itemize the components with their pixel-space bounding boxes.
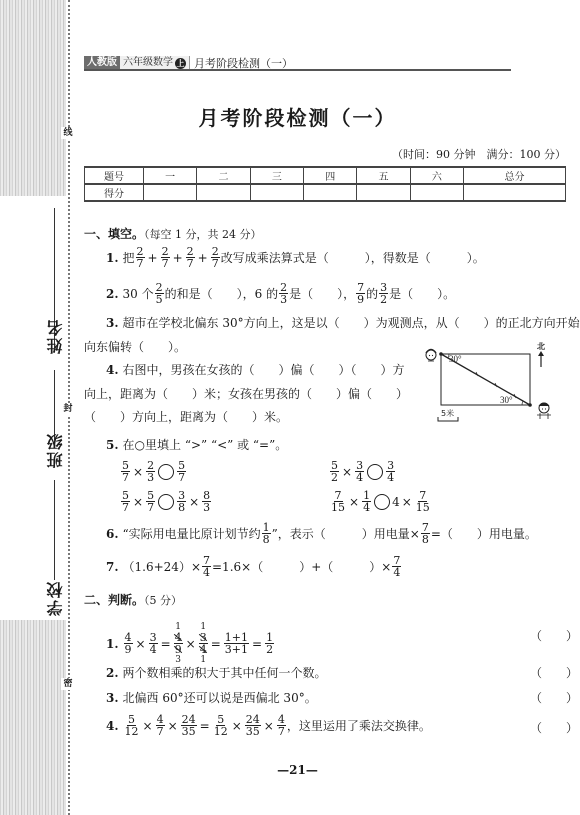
question-1-1: 1. 把 27 + 27 + 27 + 27 改写成乘法算式是（ ），得数是（ …: [106, 246, 485, 269]
score-table: 题号 一 二 三 四 五 六 总分 得分: [84, 166, 566, 202]
compare-circle[interactable]: [158, 494, 174, 510]
term-badge-icon: 上: [175, 58, 186, 69]
table-header-cell: 总分: [464, 167, 566, 184]
judge-question-1: 1. 49 × 34 = 1 49 3 × 1 34 1 = 1+13+1 = …: [106, 622, 275, 665]
compare-circle[interactable]: [374, 494, 390, 510]
question-number: 3.: [106, 691, 119, 705]
question-1-4: 4. 右图中，男孩在女孩的（ ）偏（ ）（ ）方: [106, 361, 405, 378]
class-label: 班级: [44, 432, 64, 468]
cancelled-fraction: 1 49 3: [173, 622, 184, 665]
score-table-score-row: 得分: [85, 184, 566, 201]
publisher-badge: 人教版: [84, 56, 120, 70]
section-1-title: 一、填空。: [84, 227, 144, 241]
svg-text:北: 北: [537, 341, 545, 351]
question-text: 两个数相乘的积大于其中任何一个数。: [123, 664, 327, 681]
fraction: 27: [136, 246, 145, 269]
fraction: 27: [161, 246, 170, 269]
question-number: 2.: [106, 287, 119, 301]
score-cell[interactable]: [197, 184, 250, 201]
grade-subject-text: 六年级数学: [123, 56, 173, 70]
question-1-3: 3. 超市在学校北偏东 30°方向上，这是以（ ）为观测点，从（ ）的正北方向开…: [106, 314, 580, 331]
school-label: 学校: [44, 580, 64, 616]
judge-answer-box-2[interactable]: （ ）: [530, 664, 578, 681]
question-1-5: 5. 在○里填上 “>” “<” 或 “=”。: [106, 436, 287, 453]
judge-question-3: 3. 北偏西 60°还可以说是西偏北 30°。: [106, 689, 317, 706]
question-text: “实际用电量比原计划节约: [123, 525, 261, 542]
question-text: （1.6+24）×: [123, 558, 201, 575]
question-number: 1.: [106, 251, 119, 265]
judge-question-2: 2. 两个数相乘的积大于其中任何一个数。: [106, 664, 327, 681]
compare-item-2: 52 × 34 34: [329, 460, 396, 483]
name-label: 姓名: [44, 318, 64, 354]
question-text: 超市在学校北偏东 30°方向上，这是以（ ）为观测点，从（ ）的正北方向开始，: [123, 314, 580, 331]
question-text: 右图中，男孩在女孩的（ ）偏（ ）（ ）方: [123, 361, 405, 378]
question-number: 4.: [106, 363, 119, 377]
question-text: =（ ）用电量。: [431, 525, 537, 542]
question-1-4-cont2: （ ）方向上，距离为（ ）米。: [84, 408, 288, 425]
girl-icon: [426, 350, 436, 362]
binding-stripe-top: [0, 0, 66, 196]
fraction: 25: [155, 282, 164, 305]
question-text: 把: [123, 249, 135, 266]
page-number: —21—: [84, 763, 511, 777]
score-cell[interactable]: [144, 184, 197, 201]
plus-sign: +: [173, 251, 183, 265]
table-header-cell: 五: [357, 167, 410, 184]
judge-answer-box-1[interactable]: （ ）: [530, 627, 578, 644]
boy-icon: [537, 403, 551, 419]
question-text: 是（ ），: [289, 285, 355, 302]
north-arrow-icon: [538, 351, 544, 367]
fraction: 79: [356, 282, 365, 305]
question-1-2: 2. 30 个 25 的和是（ ），6 的 23 是（ ）， 79 的 32 是…: [106, 282, 455, 305]
score-row-label: 得分: [85, 184, 144, 201]
grade-subject: 六年级数学 上: [120, 56, 190, 70]
question-1-4-cont: 向上，距离为（ ）米；女孩在男孩的（ ）偏（ ）: [84, 385, 408, 402]
question-text: ”，表示（ ）用电量×: [272, 525, 420, 542]
compare-circle[interactable]: [158, 464, 174, 480]
question-text: ，这里运用了乘法交换律。: [287, 717, 431, 734]
score-cell[interactable]: [357, 184, 410, 201]
binding-stripe-bottom: [0, 620, 66, 815]
fraction: 23: [279, 282, 288, 305]
question-text: 改写成乘法算式是（: [221, 249, 329, 266]
compare-item-4: 715 × 14 4 × 715: [329, 490, 432, 513]
judge-question-4: 4. 512 × 47 × 2435 = 512 × 2435 × 47 ，这里…: [106, 714, 431, 737]
question-number: 6.: [106, 527, 119, 541]
question-text: ），得数是（: [365, 249, 431, 266]
table-header-cell: 二: [197, 167, 250, 184]
question-number: 3.: [106, 316, 119, 330]
question-text: 的和是（ ），6 的: [165, 285, 278, 302]
table-header-cell: 一: [144, 167, 197, 184]
binding-mark-line: 线: [61, 127, 75, 139]
fraction: 27: [211, 246, 220, 269]
svg-text:30°: 30°: [449, 354, 462, 364]
table-header-cell: 四: [304, 167, 357, 184]
score-cell[interactable]: [304, 184, 357, 201]
score-table-header-row: 题号 一 二 三 四 五 六 总分: [85, 167, 566, 184]
binding-mark-seal: 封: [61, 403, 75, 415]
section-2-title: 二、判断。: [84, 593, 144, 607]
question-text: 在○里填上 “>” “<” 或 “=”。: [123, 436, 288, 453]
judge-answer-box-3[interactable]: （ ）: [530, 689, 578, 706]
class-field-line-upper[interactable]: [54, 370, 55, 440]
plus-sign: +: [198, 251, 208, 265]
school-field-line[interactable]: [54, 480, 55, 580]
svg-text:5米: 5米: [441, 408, 454, 418]
question-1-6: 6. “实际用电量比原计划节约 18 ”，表示（ ）用电量× 78 =（ ）用电…: [106, 522, 537, 545]
compare-circle[interactable]: [367, 464, 383, 480]
judge-answer-box-4[interactable]: （ ）: [530, 719, 578, 736]
compare-item-1: 57 × 23 57: [120, 460, 187, 483]
direction-diagram: 北 30° 30° 5米: [420, 335, 580, 430]
score-cell[interactable]: [410, 184, 463, 201]
table-header-cell: 六: [410, 167, 463, 184]
time-and-score-info: （时间：90 分钟 满分：100 分）: [392, 146, 566, 162]
question-number: 1.: [106, 637, 119, 651]
question-number: 5.: [106, 438, 119, 452]
section-1-note: （每空 1 分，共 24 分）: [144, 228, 261, 241]
fraction: 32: [379, 282, 388, 305]
question-text: （ ）方向上，距离为（ ）米。: [84, 408, 288, 425]
page-title: 月考阶段检测（一）: [84, 102, 511, 131]
rectangle-diagram-svg: 北 30° 30° 5米: [420, 335, 580, 430]
question-1-3-cont: 向东偏转（ ）。: [84, 338, 186, 355]
question-text: 向东偏转（ ）。: [84, 338, 186, 355]
question-1-7: 7. （1.6+24）× 74 =1.6×（ ）+（ ）× 74: [106, 555, 402, 578]
running-header: 人教版 六年级数学 上 月考阶段检测（一）: [84, 56, 511, 70]
section-2-heading: 二、判断。（5 分）: [84, 591, 182, 608]
compare-item-3: 57 × 57 38 × 83: [120, 490, 212, 513]
question-text: 是（ ）。: [389, 285, 455, 302]
cancelled-fraction: 1 34 1: [198, 622, 209, 665]
question-text: =1.6×（ ）+（ ）×: [212, 558, 391, 575]
question-text: ）。: [467, 249, 485, 266]
plus-sign: +: [148, 251, 158, 265]
question-text: 北偏西 60°还可以说是西偏北 30°。: [123, 689, 317, 706]
question-number: 7.: [106, 560, 119, 574]
section-2-note: （5 分）: [144, 594, 182, 607]
table-header-cell: 三: [250, 167, 303, 184]
fraction: 27: [186, 246, 195, 269]
binding-mark-secret: 密: [61, 678, 75, 690]
table-header-cell: 题号: [85, 167, 144, 184]
svg-text:30°: 30°: [500, 395, 513, 405]
question-text: 30 个: [123, 285, 154, 302]
header-rule: [84, 69, 511, 71]
score-cell[interactable]: [464, 184, 566, 201]
question-number: 2.: [106, 666, 119, 680]
question-number: 4.: [106, 719, 119, 733]
question-text: 的: [366, 285, 378, 302]
question-text: 向上，距离为（ ）米；女孩在男孩的（ ）偏（ ）: [84, 385, 408, 402]
section-1-heading: 一、填空。（每空 1 分，共 24 分）: [84, 225, 262, 242]
score-cell[interactable]: [250, 184, 303, 201]
